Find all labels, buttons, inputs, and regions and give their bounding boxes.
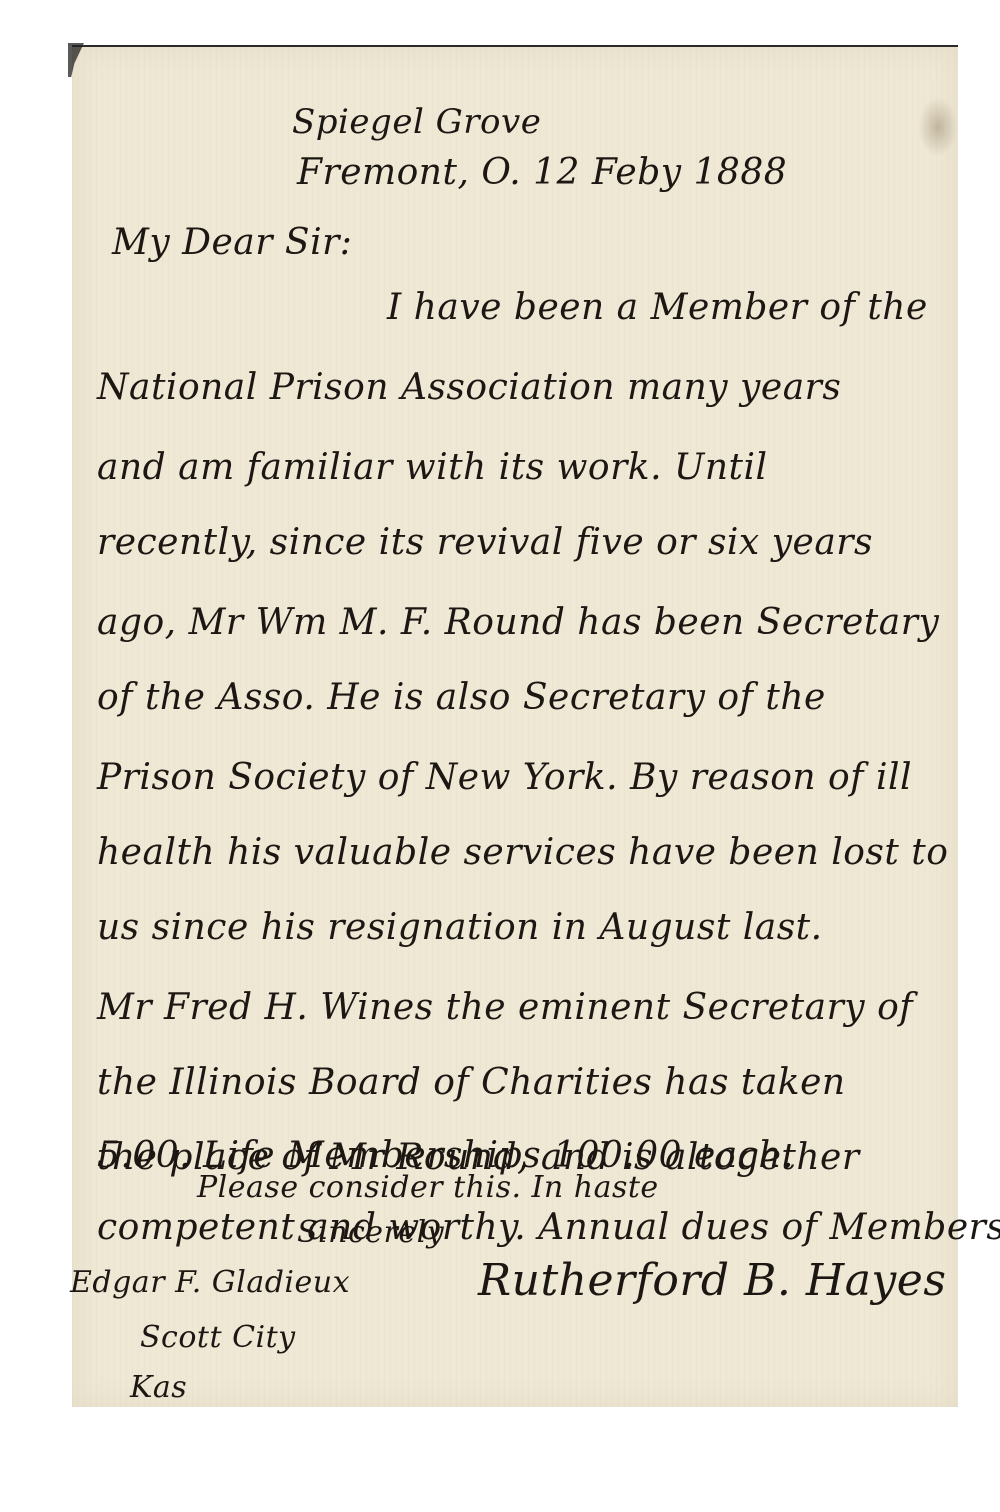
addressee-city: Scott City [140, 1320, 296, 1355]
body-line: ago, Mr Wm M. F. Round has been Secretar… [97, 602, 939, 643]
body-line: the Illinois Board of Charities has take… [97, 1062, 846, 1103]
body-line: of the Asso. He is also Secretary of the [97, 677, 826, 718]
body-line: us since his resignation in August last. [97, 907, 823, 948]
body-line: and am familiar with its work. Until [97, 447, 768, 488]
body-line: Prison Society of New York. By reason of… [97, 757, 912, 798]
torn-corner [68, 43, 84, 77]
paper-stain [918, 97, 958, 157]
letter-heading-date: Fremont, O. 12 Feby 1888 [297, 152, 787, 193]
body-line: recently, since its revival five or six … [97, 522, 873, 563]
salutation: My Dear Sir: [112, 222, 352, 263]
body-line: competent and worthy. Annual dues of Mem… [97, 1207, 1000, 1248]
addressee-state: Kas [130, 1370, 187, 1405]
body-line: I have been a Member of the [387, 287, 928, 328]
addressee-name: Edgar F. Gladieux [70, 1265, 350, 1300]
letter-heading-place: Spiegel Grove [292, 102, 541, 142]
closing-line: Please consider this. In haste [197, 1170, 659, 1205]
signature: Rutherford B. Hayes [478, 1255, 946, 1306]
valediction: Sincerely [297, 1215, 444, 1250]
body-line: health his valuable services have been l… [97, 832, 948, 873]
body-line: Mr Fred H. Wines the eminent Secretary o… [97, 987, 913, 1028]
body-line: National Prison Association many years [97, 367, 841, 408]
